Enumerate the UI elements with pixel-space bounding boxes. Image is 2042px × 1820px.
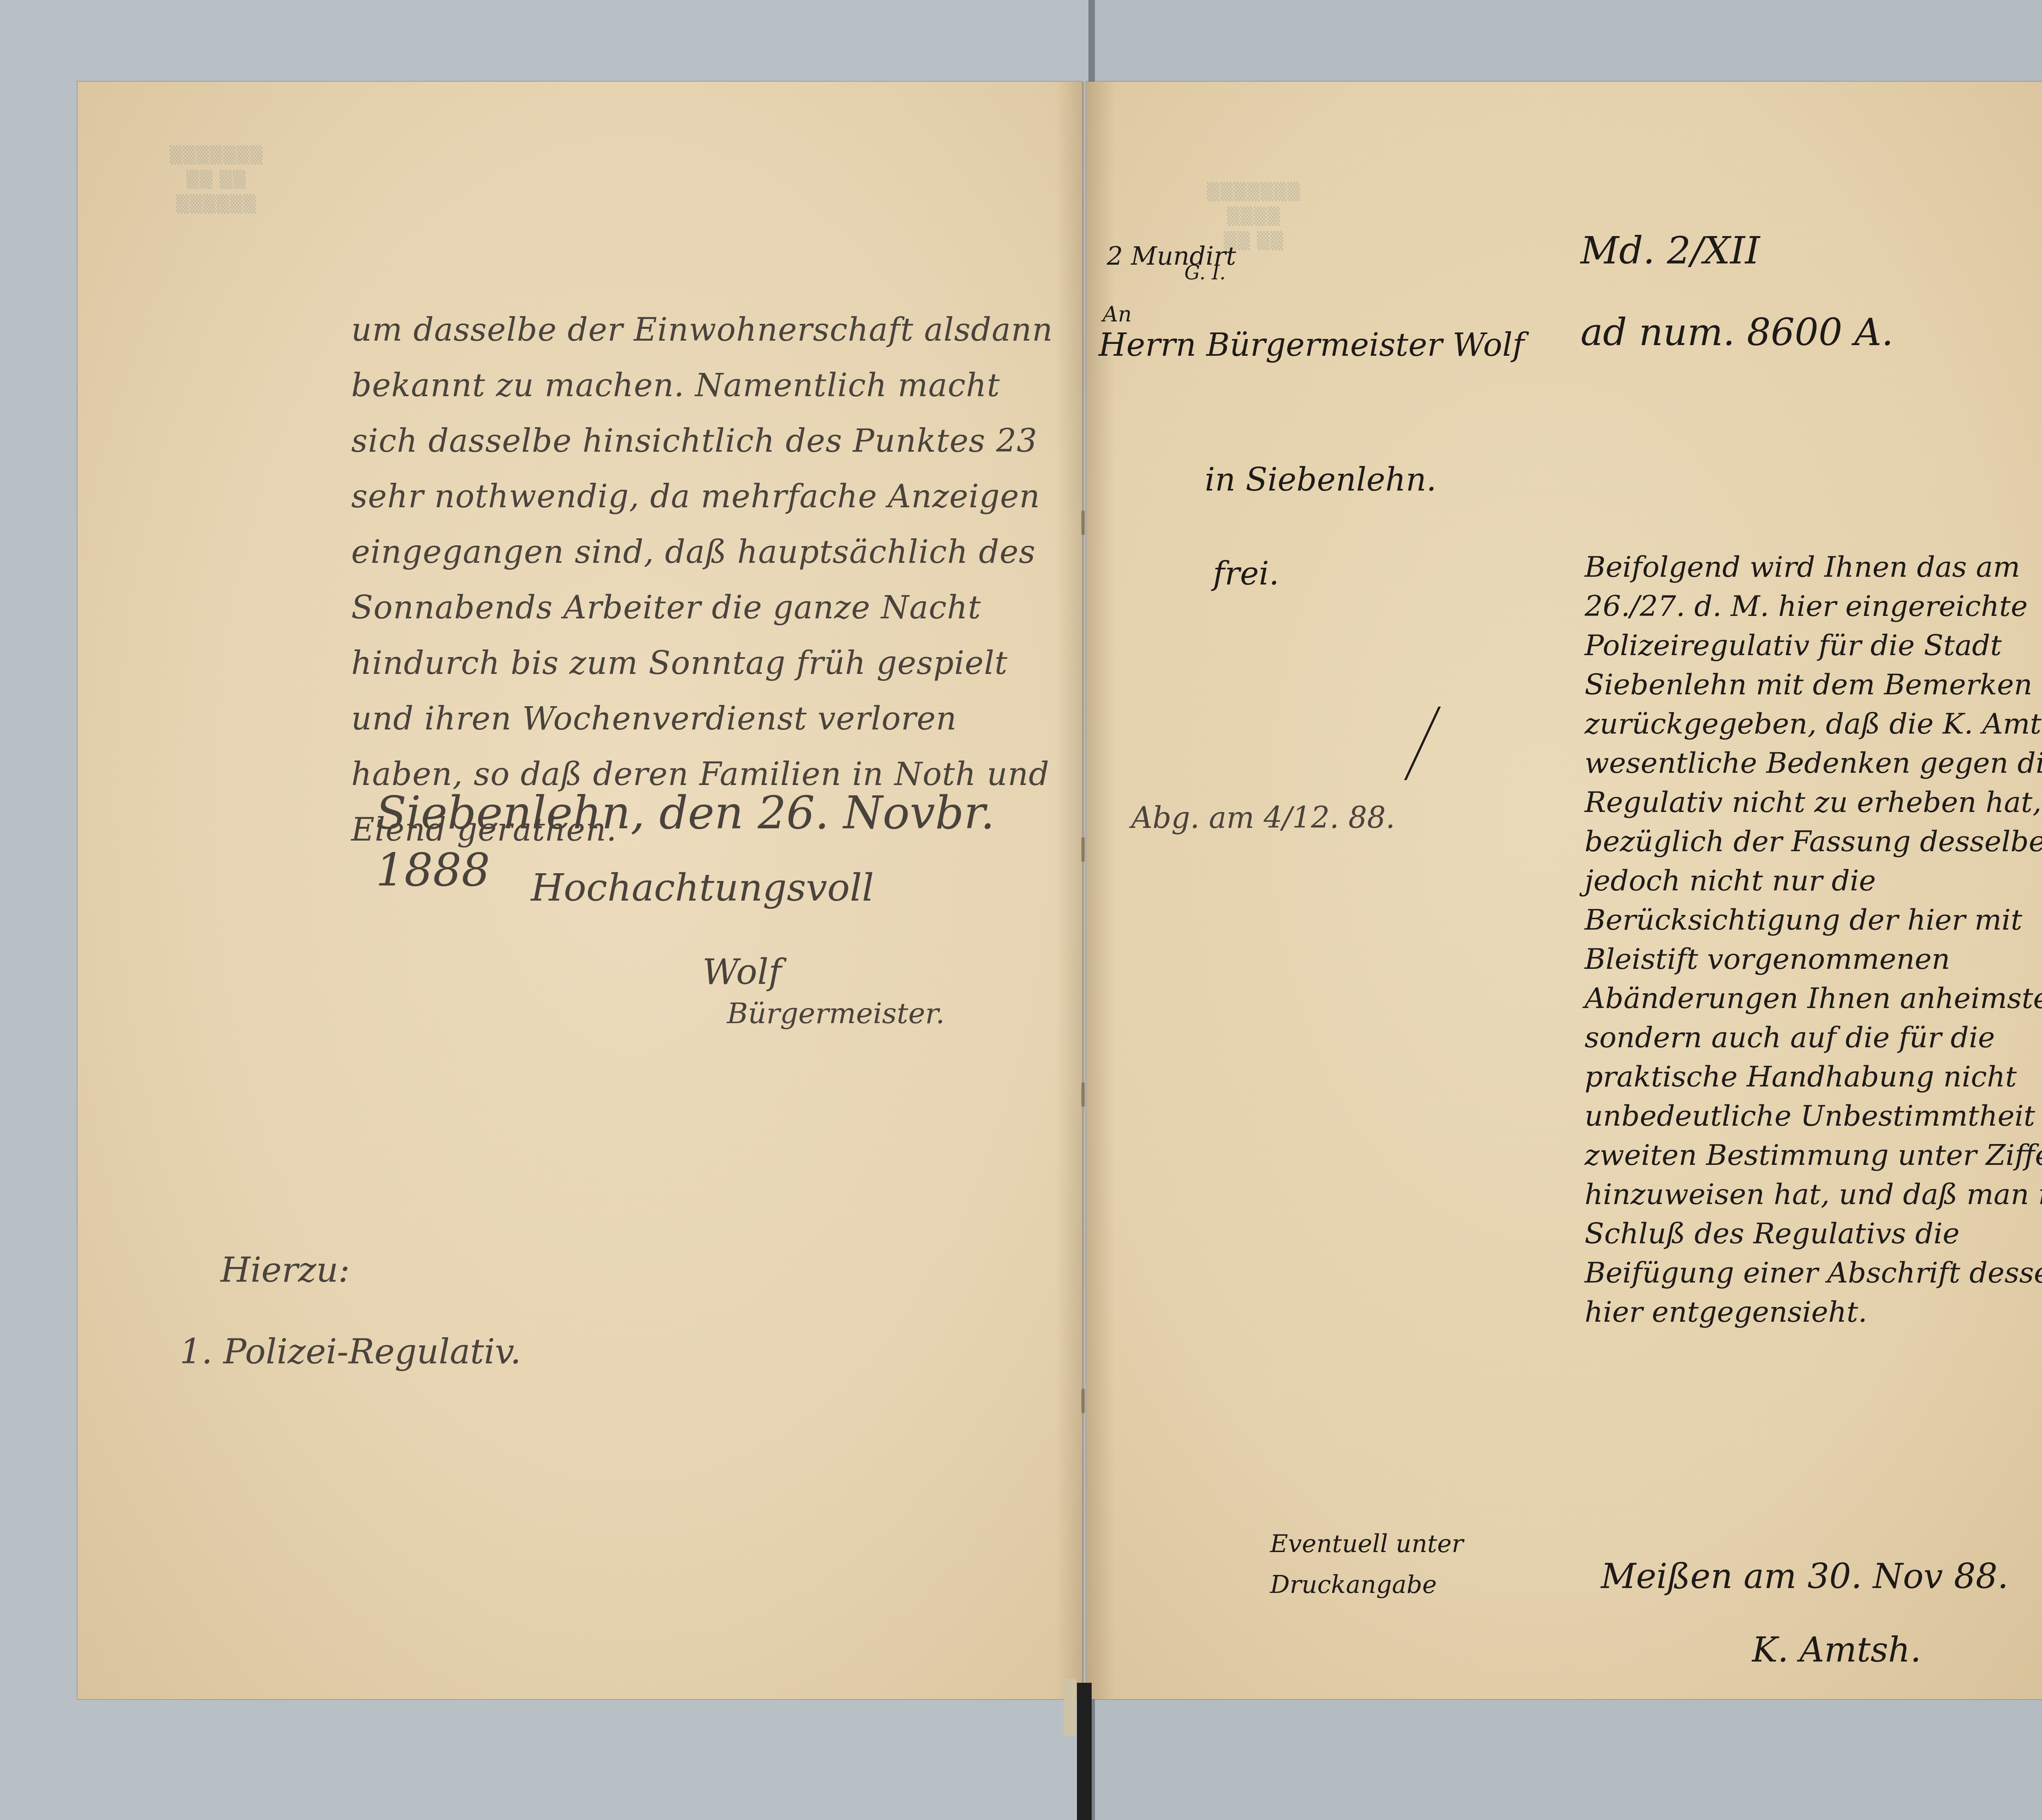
spine-binding (1077, 1683, 1092, 1820)
spine-tab (1064, 1678, 1076, 1737)
enclosure-heading: Hierzu: (221, 1250, 350, 1290)
margin-reference-sub: G. I. (1184, 261, 1226, 284)
binding-stitch (1081, 1082, 1085, 1107)
right-place-date: Meißen am 30. Nov 88. (1601, 1556, 2009, 1596)
binding-stitch (1081, 511, 1085, 535)
left-signature-title: Bürgermeister. (727, 997, 945, 1030)
registry-number: Md. 2/XII (1581, 229, 1760, 272)
left-signature-name: Wolf (702, 952, 782, 993)
ad-number: ad num. 8600 A. (1581, 310, 1893, 354)
left-closing: Hochachtungsvoll (531, 866, 874, 910)
address-line-1: Herrn Bürgermeister Wolf (1099, 327, 1524, 364)
binding-stitch (1081, 837, 1085, 862)
left-page-body-text: um dasselbe der Einwohnerschaft alsdann … (351, 302, 1074, 858)
margin-note-bottom: Eventuell unter Druckangabe (1270, 1523, 1463, 1605)
archive-stamp-faded: ▒▒▒▒▒▒▒▒▒ ▒▒▒▒▒▒▒▒ (135, 143, 298, 216)
binding-stitch (1081, 1389, 1085, 1413)
authority-signature: K. Amtsh. (1752, 1630, 1921, 1670)
dispatch-note: Abg. am 4/12. 88. (1131, 801, 1395, 835)
enclosure-item: 1. Polizei-Regulativ. (180, 1332, 521, 1372)
address-prefix: An (1103, 302, 1132, 327)
right-page-body-text: Beifolgend wird Ihnen das am 26./27. d. … (1585, 547, 2042, 1332)
postage-note: frei. (1213, 555, 1279, 592)
address-line-2: in Siebenlehn. (1205, 462, 1436, 498)
